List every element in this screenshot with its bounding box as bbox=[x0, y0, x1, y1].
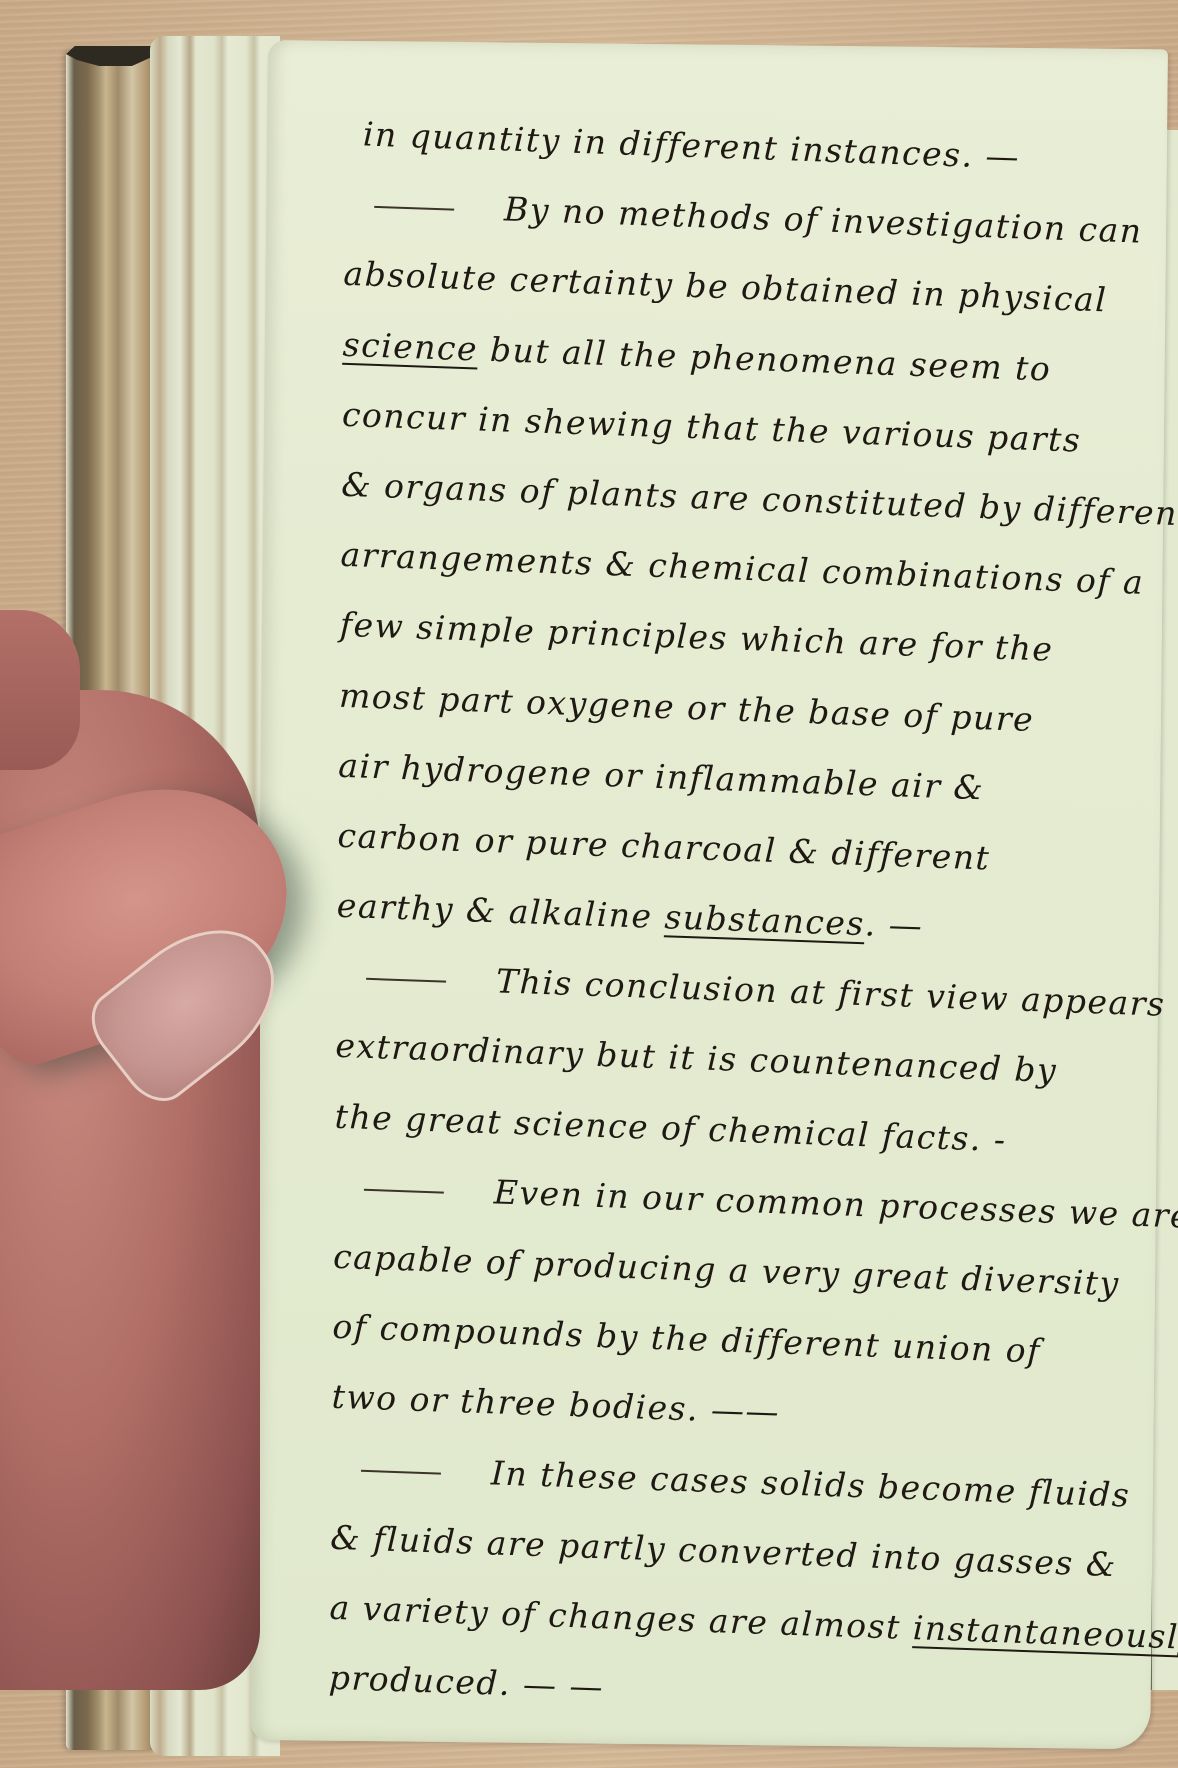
underlined-word: science bbox=[342, 324, 479, 368]
line-text: produced. — — bbox=[328, 1658, 604, 1707]
line-text: a variety of changes are almost bbox=[329, 1588, 914, 1647]
line-text: concur in shewing that the various parts bbox=[341, 395, 1082, 460]
line-text: air hydrogene or inflammable air & bbox=[338, 745, 985, 807]
line-text: two or three bodies. —— bbox=[331, 1377, 781, 1432]
line-text: of compounds by the different union of bbox=[332, 1307, 1042, 1371]
dash-mark bbox=[366, 978, 446, 983]
dash-mark bbox=[374, 206, 454, 211]
line-text: capable of producing a very great divers… bbox=[333, 1237, 1121, 1303]
line-text: carbon or pure charcoal & different bbox=[337, 816, 991, 878]
line-text: In these cases solids become fluids bbox=[490, 1453, 1131, 1514]
finger bbox=[0, 610, 80, 770]
line-text: By no methods of investigation can bbox=[504, 190, 1144, 251]
line-text: in quantity in different instances. — bbox=[362, 114, 1020, 176]
line-text: absolute certainty be obtained in physic… bbox=[343, 254, 1108, 320]
line-text: This conclusion at first view appears bbox=[495, 962, 1166, 1024]
line-text: extraordinary but it is countenanced by bbox=[335, 1026, 1058, 1090]
dash-mark bbox=[361, 1469, 441, 1474]
photo-scene: in quantity in different instances. — By… bbox=[0, 0, 1178, 1768]
underlined-word: instantaneously bbox=[912, 1608, 1178, 1657]
line-text: few simple principles which are for the bbox=[339, 605, 1054, 669]
manuscript-page: in quantity in different instances. — By… bbox=[250, 40, 1168, 1749]
line-text: earthy & alkaline bbox=[336, 886, 665, 936]
underlined-word: substances bbox=[664, 897, 866, 943]
dash-mark bbox=[364, 1189, 444, 1194]
line-text: & fluids are partly converted into gasse… bbox=[330, 1517, 1118, 1583]
line-text: Even in our common processes we are bbox=[493, 1172, 1178, 1235]
line-text: arrangements & chemical combinations of … bbox=[340, 535, 1145, 602]
line-text: . — bbox=[864, 904, 924, 945]
line-text: & organs of plants are constituted by di… bbox=[341, 465, 1178, 533]
line-text: but all the phenomena seem to bbox=[477, 329, 1052, 388]
handwritten-text: in quantity in different instances. — By… bbox=[328, 99, 1145, 1722]
line-text: the great science of chemical facts. - bbox=[334, 1096, 1007, 1158]
line-text: most part oxygene or the base of pure bbox=[338, 675, 1034, 738]
